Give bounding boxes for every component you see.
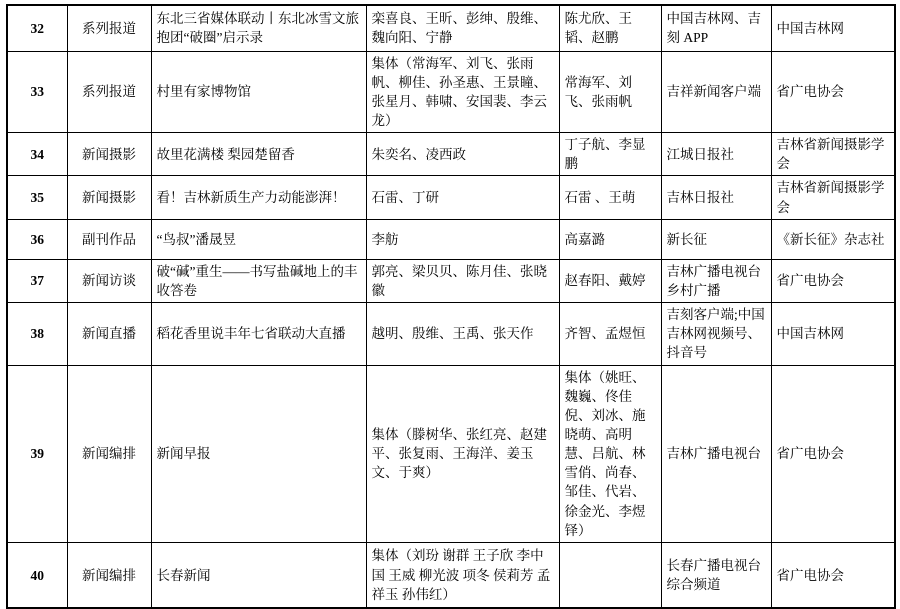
cell-number: 39 [7,365,67,542]
cell-authors: 郭亮、梁贝贝、陈月佳、张晓徽 [366,259,559,302]
cell-authors: 集体（刘玢 谢群 王子欣 李中国 王威 柳光波 项冬 侯莉芳 孟祥玉 孙伟红） [366,542,559,608]
table-row: 34 新闻摄影 故里花满楼 梨园楚留香 朱奕名、凌西政 丁子航、李显鹏 江城日报… [7,133,895,176]
cell-organization: 吉林日报社 [661,176,771,219]
cell-organization: 长春广播电视台综合频道 [661,542,771,608]
cell-recommender: 省广电协会 [771,51,895,133]
cell-editors: 集体（姚旺、魏巍、佟佳倪、刘冰、施晓萌、高明慧、吕航、林雪俏、尚春、邹佳、代岩、… [559,365,661,542]
awards-table: 32 系列报道 东北三省媒体联动丨东北冰雪文旅抱团“破圈”启示录 栾喜良、王昕、… [6,4,896,609]
cell-number: 32 [7,5,67,51]
cell-authors: 石雷、丁研 [366,176,559,219]
cell-title: “鸟叔”潘晟昱 [151,219,366,259]
cell-recommender: 《新长征》杂志社 [771,219,895,259]
cell-number: 40 [7,542,67,608]
cell-title: 稻花香里说丰年七省联动大直播 [151,303,366,365]
cell-category: 新闻直播 [67,303,151,365]
cell-organization: 吉刻客户端;中国吉林网视频号、抖音号 [661,303,771,365]
cell-organization: 吉林广播电视台乡村广播 [661,259,771,302]
cell-editors: 丁子航、李显鹏 [559,133,661,176]
cell-organization: 吉林广播电视台 [661,365,771,542]
cell-editors: 陈尤欣、王韬、赵鹏 [559,5,661,51]
cell-authors: 集体（滕树华、张红亮、赵建平、张复雨、王海洋、姜玉文、于爽） [366,365,559,542]
cell-recommender: 中国吉林网 [771,5,895,51]
cell-organization: 中国吉林网、吉刻 APP [661,5,771,51]
cell-category: 新闻访谈 [67,259,151,302]
cell-recommender: 省广电协会 [771,365,895,542]
cell-authors: 朱奕名、凌西政 [366,133,559,176]
cell-number: 37 [7,259,67,302]
cell-authors: 栾喜良、王昕、彭绅、殷维、魏向阳、宁静 [366,5,559,51]
cell-organization: 吉祥新闻客户端 [661,51,771,133]
cell-authors: 越明、殷维、王禹、张天作 [366,303,559,365]
cell-organization: 新长征 [661,219,771,259]
cell-number: 35 [7,176,67,219]
cell-recommender: 中国吉林网 [771,303,895,365]
cell-number: 38 [7,303,67,365]
cell-title: 东北三省媒体联动丨东北冰雪文旅抱团“破圈”启示录 [151,5,366,51]
table-row: 33 系列报道 村里有家博物馆 集体（常海军、刘飞、张雨帆、柳佳、孙圣惠、王景瞳… [7,51,895,133]
cell-editors: 高嘉潞 [559,219,661,259]
cell-editors: 赵春阳、戴婷 [559,259,661,302]
cell-editors: 石雷 、王萌 [559,176,661,219]
table-row: 39 新闻编排 新闻早报 集体（滕树华、张红亮、赵建平、张复雨、王海洋、姜玉文、… [7,365,895,542]
cell-number: 36 [7,219,67,259]
cell-title: 长春新闻 [151,542,366,608]
cell-editors: 齐智、孟煜恒 [559,303,661,365]
cell-number: 33 [7,51,67,133]
cell-category: 系列报道 [67,51,151,133]
cell-title: 故里花满楼 梨园楚留香 [151,133,366,176]
cell-category: 新闻摄影 [67,133,151,176]
cell-recommender: 吉林省新闻摄影学会 [771,176,895,219]
table-row: 36 副刊作品 “鸟叔”潘晟昱 李舫 高嘉潞 新长征 《新长征》杂志社 [7,219,895,259]
cell-authors: 集体（常海军、刘飞、张雨帆、柳佳、孙圣惠、王景瞳、张星月、韩啸、安国裴、李云龙） [366,51,559,133]
table-row: 35 新闻摄影 看！吉林新质生产力动能澎湃！ 石雷、丁研 石雷 、王萌 吉林日报… [7,176,895,219]
cell-category: 新闻摄影 [67,176,151,219]
cell-title: 村里有家博物馆 [151,51,366,133]
cell-category: 系列报道 [67,5,151,51]
cell-number: 34 [7,133,67,176]
cell-editors: 常海军、刘飞、张雨帆 [559,51,661,133]
cell-title: 破“碱”重生——书写盐碱地上的丰收答卷 [151,259,366,302]
cell-category: 副刊作品 [67,219,151,259]
cell-title: 看！吉林新质生产力动能澎湃！ [151,176,366,219]
cell-category: 新闻编排 [67,365,151,542]
table-row: 32 系列报道 东北三省媒体联动丨东北冰雪文旅抱团“破圈”启示录 栾喜良、王昕、… [7,5,895,51]
cell-recommender: 省广电协会 [771,542,895,608]
cell-recommender: 省广电协会 [771,259,895,302]
cell-authors: 李舫 [366,219,559,259]
table-row: 38 新闻直播 稻花香里说丰年七省联动大直播 越明、殷维、王禹、张天作 齐智、孟… [7,303,895,365]
cell-editors [559,542,661,608]
table-row: 37 新闻访谈 破“碱”重生——书写盐碱地上的丰收答卷 郭亮、梁贝贝、陈月佳、张… [7,259,895,302]
cell-recommender: 吉林省新闻摄影学会 [771,133,895,176]
cell-title: 新闻早报 [151,365,366,542]
cell-category: 新闻编排 [67,542,151,608]
table-row: 40 新闻编排 长春新闻 集体（刘玢 谢群 王子欣 李中国 王威 柳光波 项冬 … [7,542,895,608]
cell-organization: 江城日报社 [661,133,771,176]
